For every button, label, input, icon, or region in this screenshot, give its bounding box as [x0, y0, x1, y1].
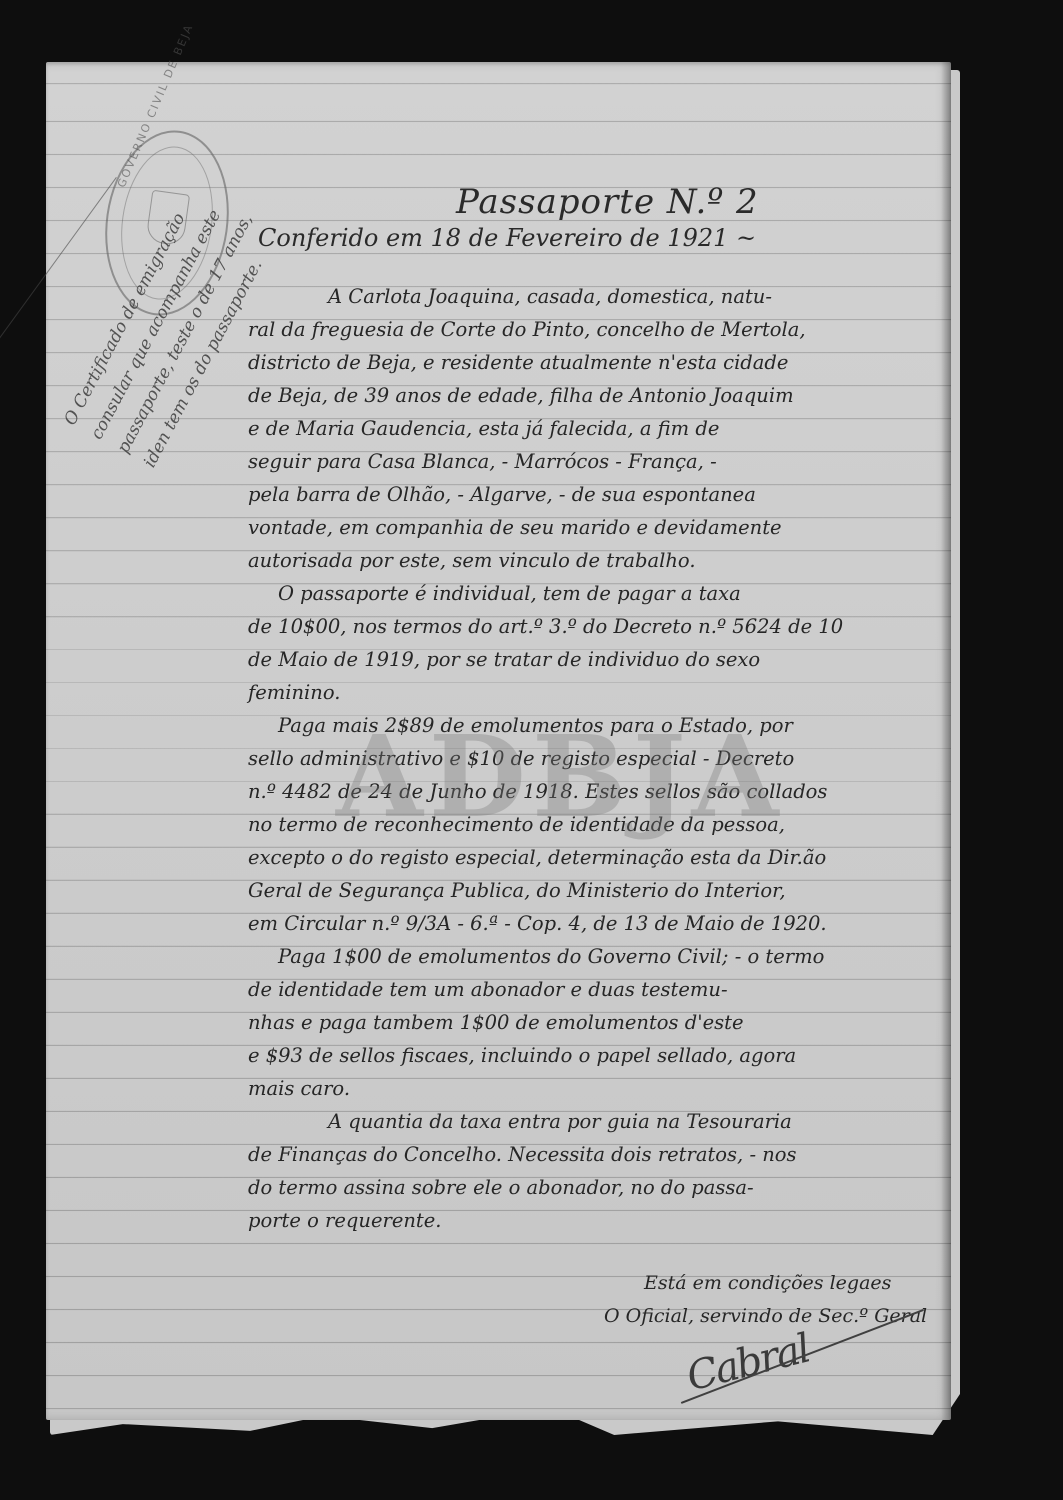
body-line: pela barra de Olhão, - Algarve, - de sua… — [248, 478, 938, 511]
body-line: Geral de Segurança Publica, do Ministeri… — [248, 874, 938, 907]
body-line: A Carlota Joaquina, casada, domestica, n… — [248, 280, 938, 313]
page-edge-shadow — [941, 62, 951, 1420]
body-line: districto de Beja, e residente atualment… — [248, 346, 938, 379]
signature: Cabral — [682, 1326, 813, 1401]
body-line: porte o requerente. — [248, 1204, 938, 1237]
body-line: feminino. — [248, 676, 938, 709]
body-line: sello administrativo e $10 de registo es… — [248, 742, 938, 775]
closing-block: Está em condições legaes O Oficial, serv… — [604, 1267, 927, 1333]
body-line: Paga mais 2$89 de emolumentos para o Est… — [248, 709, 938, 742]
body-line: mais caro. — [248, 1072, 938, 1105]
body-line: de Finanças do Concelho. Necessita dois … — [248, 1138, 938, 1171]
body-line: ral da freguesia de Corte do Pinto, conc… — [248, 313, 938, 346]
body-line: no termo de reconhecimento de identidade… — [248, 808, 938, 841]
body-line: nhas e paga tambem 1$00 de emolumentos d… — [248, 1006, 938, 1039]
body-line: excepto o do registo especial, determina… — [248, 841, 938, 874]
body-line: de 10$00, nos termos do art.º 3.º do Dec… — [248, 610, 938, 643]
body-line: em Circular n.º 9/3A - 6.ª - Cop. 4, de … — [248, 907, 938, 940]
body-line: Paga 1$00 de emolumentos do Governo Civi… — [248, 940, 938, 973]
issue-date-line: Conferido em 18 de Fevereiro de 1921 ~ — [258, 224, 756, 252]
body-line: autorisada por este, sem vinculo de trab… — [248, 544, 938, 577]
body-line: O passaporte é individual, tem de pagar … — [248, 577, 938, 610]
body-line: n.º 4482 de 24 de Junho de 1918. Estes s… — [248, 775, 938, 808]
body-line: seguir para Casa Blanca, - Marrócos - Fr… — [248, 445, 938, 478]
body-line: e $93 de sellos fiscaes, incluindo o pap… — [248, 1039, 938, 1072]
body-line: e de Maria Gaudencia, esta já falecida, … — [248, 412, 938, 445]
body-line: de identidade tem um abonador e duas tes… — [248, 973, 938, 1006]
body-line: vontade, em companhia de seu marido e de… — [248, 511, 938, 544]
body-line: de Maio de 1919, por se tratar de indivi… — [248, 643, 938, 676]
body-line: A quantia da taxa entra por guia na Teso… — [248, 1105, 938, 1138]
document-body: A Carlota Joaquina, casada, domestica, n… — [248, 280, 938, 1237]
body-line: de Beja, de 39 anos de edade, filha de A… — [248, 379, 938, 412]
document-title: Passaporte N.º 2 — [456, 182, 759, 222]
legal-conditions-line: Está em condições legaes — [604, 1267, 927, 1300]
body-line: do termo assina sobre ele o abonador, no… — [248, 1171, 938, 1204]
document-page: GOVERNO CIVIL DE BEJA O Certificado de e… — [46, 62, 951, 1420]
